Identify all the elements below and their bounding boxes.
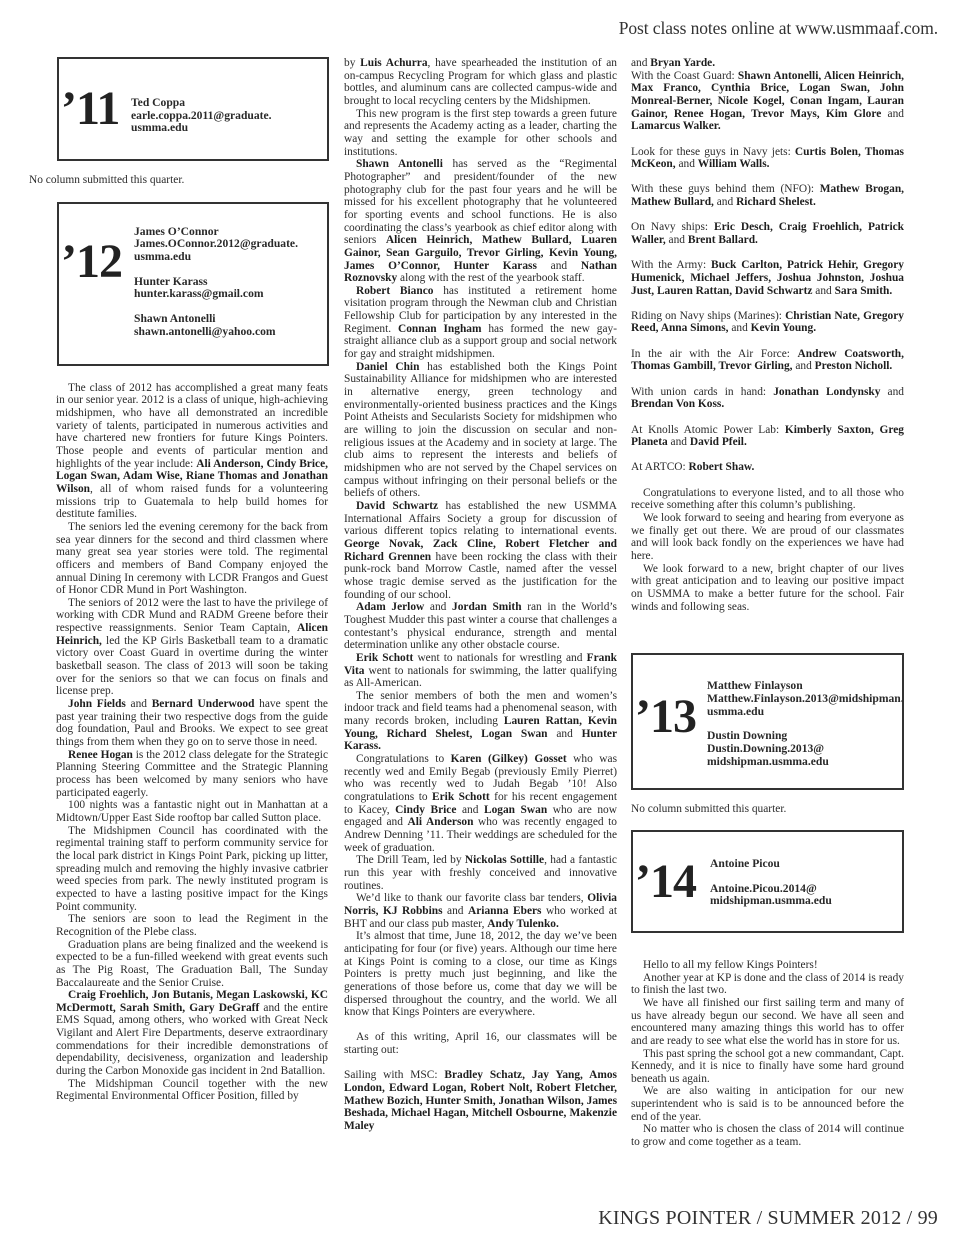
class-contact: Antoine Picou Antoine.Picou.2014@ midshi…	[710, 858, 832, 908]
paragraph: We’d like to thank our favorite class ba…	[344, 892, 617, 930]
contact-email[interactable]: Matthew.Finlayson.2013@midshipman.	[707, 693, 904, 706]
contact-name: Antoine Picou	[710, 858, 832, 871]
paragraph: We look forward to a new, bright chapter…	[631, 563, 904, 614]
paragraph: We have all finished our first sailing t…	[631, 997, 904, 1048]
contact-email-cont[interactable]: usmma.edu	[134, 251, 298, 264]
assignment-nfo: With these guys behind them (NFO): Mathe…	[631, 183, 904, 208]
paragraph: Graduation plans are being finalized and…	[56, 939, 328, 990]
class-year-label: ’14	[635, 858, 696, 906]
paragraph: The seniors led the evening ceremony for…	[56, 521, 328, 597]
paragraph: John Fields and Bernard Underwood have s…	[56, 698, 328, 749]
paragraph: Adam Jerlow and Jordan Smith ran in the …	[344, 601, 617, 652]
assignment-artco: At ARTCO: Robert Shaw.	[631, 461, 904, 474]
class-contacts: Antoine Picou Antoine.Picou.2014@ midshi…	[710, 858, 832, 908]
contact-email-cont[interactable]: midshipman.usmma.edu	[710, 895, 832, 908]
no-column-note: No column submitted this quarter.	[631, 803, 904, 816]
assignment-marines: Riding on Navy ships (Marines): Christia…	[631, 310, 904, 335]
class-contact: Ted Coppa earle.coppa.2011@graduate. usm…	[131, 97, 272, 135]
paragraph: The Midshipman Council together with the…	[56, 1078, 328, 1103]
paragraph: The class of 2012 has accomplished a gre…	[56, 382, 328, 521]
class-contact: Matthew Finlayson Matthew.Finlayson.2013…	[707, 680, 904, 718]
class-contacts: Ted Coppa earle.coppa.2011@graduate. usm…	[131, 97, 272, 135]
assignment-navy-jets: Look for these guys in Navy jets: Curtis…	[631, 146, 904, 171]
paragraph: Congratulations to Karen (Gilkey) Gosset…	[344, 753, 617, 854]
column-2: by Luis Achurra, have spearheaded the in…	[344, 57, 617, 1133]
class-year-label: ’11	[61, 85, 119, 133]
contact-email[interactable]: Dustin.Downing.2013@	[707, 743, 904, 756]
paragraph: This new program is the first step towar…	[344, 108, 617, 159]
assignment-coast-guard: With the Coast Guard: Shawn Antonelli, A…	[631, 70, 904, 133]
paragraph: It’s almost that time, June 18, 2012, th…	[344, 930, 617, 1019]
class-contacts: James O’Connor James.OConnor.2012@gradua…	[134, 226, 298, 339]
paragraph: No matter who is chosen the class of 201…	[631, 1123, 904, 1148]
paragraph: Robert Bianco has instituted a retiremen…	[344, 285, 617, 361]
class-2012-box: ’12 James O’Connor James.OConnor.2012@gr…	[57, 202, 329, 366]
paragraph: David Schwartz has established the new U…	[344, 500, 617, 601]
paragraph: Shawn Antonelli has served as the “Regim…	[344, 158, 617, 285]
paragraph: The senior members of both the men and w…	[344, 690, 617, 753]
class-contact: Shawn Antonelli shawn.antonelli@yahoo.co…	[134, 313, 298, 338]
paragraph: We look forward to seeing and hearing fr…	[631, 512, 904, 563]
no-column-note: No column submitted this quarter.	[29, 174, 329, 187]
paragraph: This past spring the school got a new co…	[631, 1048, 904, 1086]
paragraph: Daniel Chin has established both the Kin…	[344, 361, 617, 500]
paragraph: The seniors are soon to lead the Regimen…	[56, 913, 328, 938]
class-contact: James O’Connor James.OConnor.2012@gradua…	[134, 226, 298, 264]
paragraph: Renee Hogan is the 2012 class delegate f…	[56, 749, 328, 800]
class-2013-box: ’13 Matthew Finlayson Matthew.Finlayson.…	[631, 653, 904, 790]
assignment-union: With union cards in hand: Jonathan Londy…	[631, 386, 904, 411]
paragraph: The Midshipmen Council has coordinated w…	[56, 825, 328, 914]
paragraph: As of this writing, April 16, our classm…	[344, 1031, 617, 1056]
contact-name: Ted Coppa	[131, 97, 272, 110]
contact-email-cont[interactable]: usmma.edu	[707, 706, 904, 719]
class-2012-article: The class of 2012 has accomplished a gre…	[56, 382, 328, 1103]
online-notes-banner: Post class notes online at www.usmmaaf.c…	[619, 18, 938, 39]
assignment-army: With the Army: Buck Carlton, Patrick Heh…	[631, 259, 904, 297]
paragraph: Hello to all my fellow Kings Pointers!	[631, 959, 904, 972]
class-contacts: Matthew Finlayson Matthew.Finlayson.2013…	[707, 680, 904, 768]
contact-email-cont[interactable]: usmma.edu	[131, 122, 272, 135]
contact-email[interactable]: shawn.antonelli@yahoo.com	[134, 326, 298, 339]
paragraph: The Drill Team, led by Nickolas Sottille…	[344, 854, 617, 892]
assignment-air-force: In the air with the Air Force: Andrew Co…	[631, 348, 904, 373]
paragraph: The seniors of 2012 were the last to hav…	[56, 597, 328, 698]
contact-email[interactable]: hunter.karass@gmail.com	[134, 288, 298, 301]
paragraph: Another year at KP is done and the class…	[631, 972, 904, 997]
assignment-msc: Sailing with MSC: Bradley Schatz, Jay Ya…	[344, 1069, 617, 1132]
paragraph: 100 nights was a fantastic night out in …	[56, 799, 328, 824]
assignment-navy-ships: On Navy ships: Eric Desch, Craig Froehli…	[631, 221, 904, 246]
class-contact: Hunter Karass hunter.karass@gmail.com	[134, 276, 298, 301]
class-2014-box: ’14 Antoine Picou Antoine.Picou.2014@ mi…	[631, 830, 904, 933]
paragraph: Craig Froehlich, Jon Butanis, Megan Lask…	[56, 989, 328, 1078]
paragraph: Congratulations to everyone listed, and …	[631, 487, 904, 512]
class-2011-box: ’11 Ted Coppa earle.coppa.2011@graduate.…	[57, 57, 329, 161]
contact-name: Shawn Antonelli	[134, 313, 298, 326]
paragraph: Erik Schott went to nationals for wrestl…	[344, 652, 617, 690]
column-3: and Bryan Yarde. With the Coast Guard: S…	[631, 57, 904, 1149]
class-2014-article: Hello to all my fellow Kings Pointers! A…	[631, 959, 904, 1149]
class-contact: Dustin Downing Dustin.Downing.2013@ mids…	[707, 730, 904, 768]
assignment-msc-continued: and Bryan Yarde.	[631, 57, 904, 70]
class-year-label: ’13	[635, 693, 696, 741]
page-footer: KINGS POINTER / SUMMER 2012 / 99	[598, 1207, 938, 1230]
contact-email-cont[interactable]: midshipman.usmma.edu	[707, 756, 904, 769]
column-1: ’11 Ted Coppa earle.coppa.2011@graduate.…	[57, 57, 329, 1103]
paragraph: We are also waiting in anticipation for …	[631, 1085, 904, 1123]
assignment-knolls: At Knolls Atomic Power Lab: Kimberly Sax…	[631, 424, 904, 449]
paragraph-continued: by Luis Achurra, have spearheaded the in…	[344, 57, 617, 108]
class-year-label: ’12	[61, 238, 122, 286]
